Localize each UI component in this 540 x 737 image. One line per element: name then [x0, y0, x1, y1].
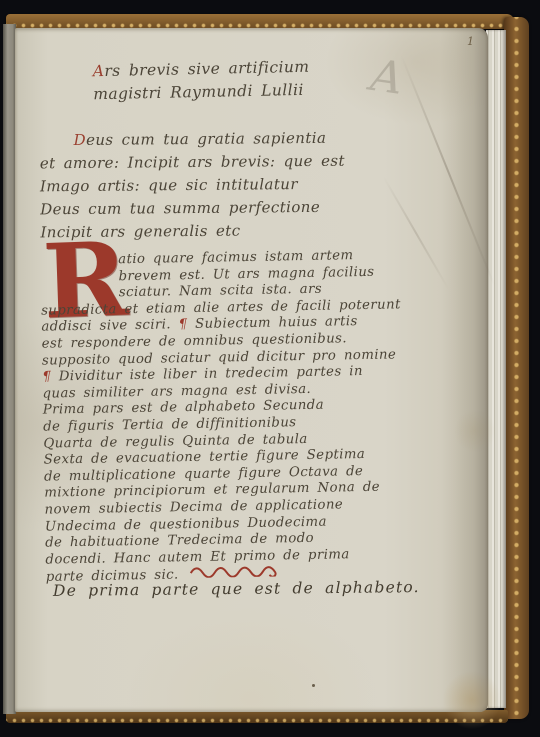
parchment-page: A 1 Ars brevis sive artificium magistri …	[15, 28, 488, 712]
rubric-flourish-icon	[188, 565, 288, 579]
rubric-pilcrow: ¶	[178, 317, 195, 332]
binding-right-edge	[504, 17, 529, 719]
incipit-line: Imago artis: que sic intitulatur	[40, 173, 345, 199]
text-segment: Subiectum huius artis	[195, 314, 358, 332]
text-segment: sciatur. Nam scita ista. ars	[119, 282, 322, 301]
incipit-line: Deus cum tua summa perfectione	[40, 196, 345, 222]
text-segment: brevem est. Ut ars magna facilius	[118, 264, 374, 283]
manuscript-photo: A 1 Ars brevis sive artificium magistri …	[0, 0, 540, 737]
body-text: atio quare facimus istam artembrevem est…	[40, 246, 458, 586]
rubric-heading: De prima parte que est de alphabeto.	[53, 578, 420, 600]
ink-speck	[312, 684, 315, 687]
manuscript-title: Ars brevis sive artificium magistri Raym…	[93, 56, 311, 107]
stain-mark	[443, 670, 501, 730]
page-fore-edges	[486, 30, 506, 708]
binding-top-edge	[6, 14, 514, 29]
stain-mark	[455, 408, 495, 454]
incipit-line: et amore: Incipit ars brevis: que est	[40, 150, 345, 176]
text-segment: addisci sive sciri.	[41, 318, 178, 335]
title-line: magistri Raymundi Lullii	[93, 79, 310, 107]
incipit-line: Deus cum tua gratia sapientia	[40, 127, 345, 153]
pencil-mark: A	[368, 50, 407, 105]
rubric-pilcrow: ¶	[42, 369, 59, 384]
folio-number: 1	[467, 35, 474, 48]
